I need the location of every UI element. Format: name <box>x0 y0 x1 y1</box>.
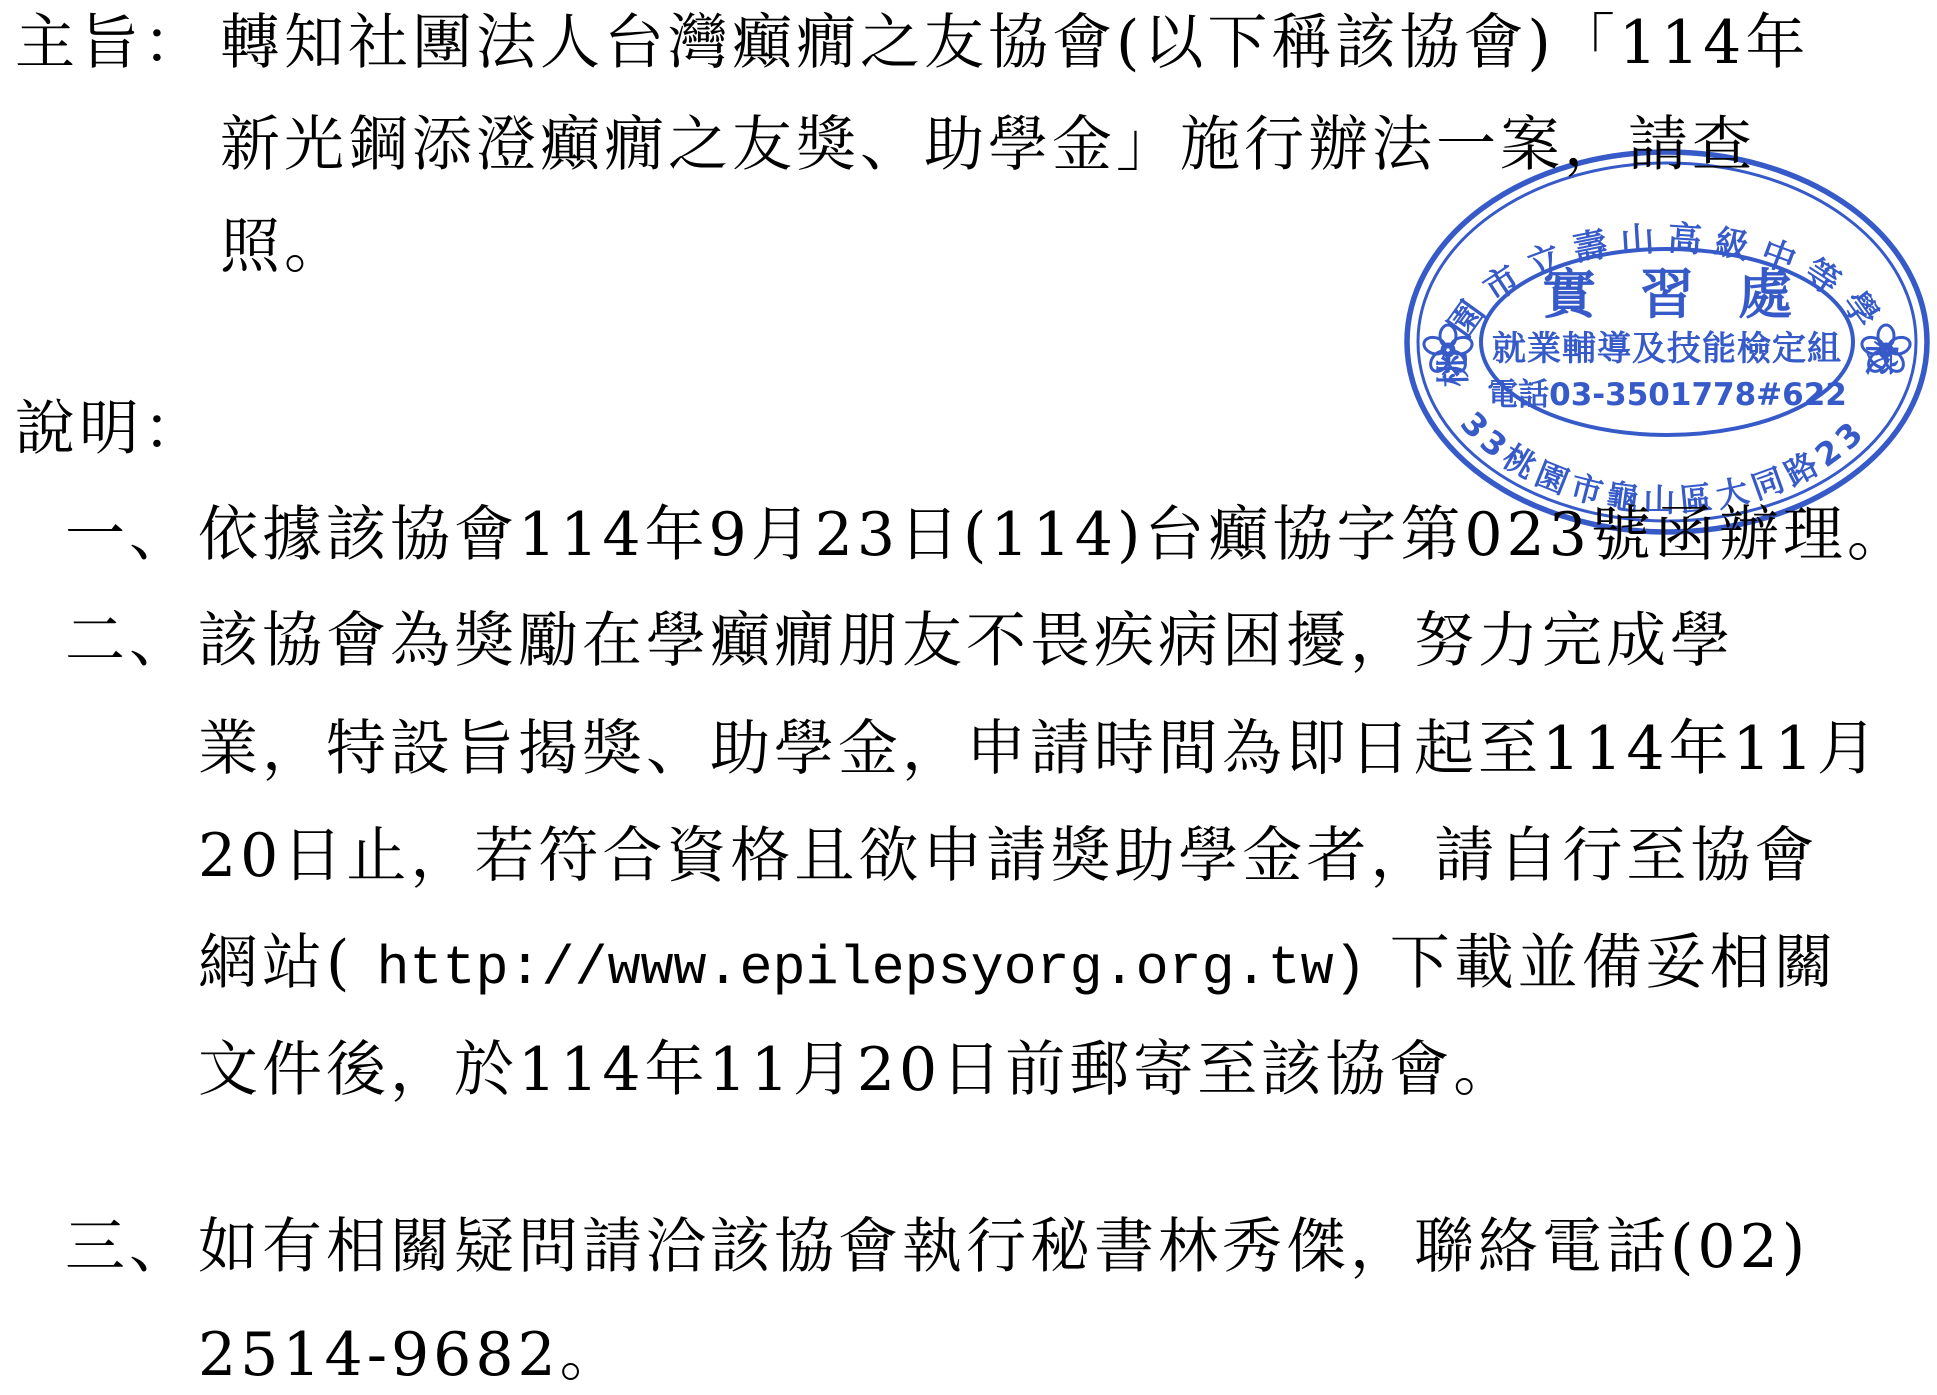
item-line: 文件後，於114年11月20日前郵寄至該協會。 <box>198 1037 1517 1104</box>
url-prefix: 網站( <box>198 928 376 998</box>
item-line-url: 網站( http://www.epilepsyorg.org.tw) 下載並備妥… <box>198 930 1838 1000</box>
item-line: 該協會為獎勵在學癲癇朋友不畏疾病困擾，努力完成學 <box>198 608 1734 675</box>
item-line: 2514-9682。 <box>198 1322 624 1389</box>
subject-line: 照。 <box>220 214 348 281</box>
explanation-label: 說明： <box>15 396 207 463</box>
item-number: 三、 <box>65 1214 193 1281</box>
stamp-division: 就業輔導及技能檢定組 <box>1492 329 1842 369</box>
subject-label: 主旨： <box>15 10 207 77</box>
office-stamp: 桃園市立壽山高級中等學校 333桃園市龜山區大同路23號 實習處 就業輔導及技能… <box>1400 146 1934 538</box>
association-url: http://www.epilepsyorg.org.tw) <box>376 937 1366 1000</box>
item-number: 二、 <box>65 608 193 675</box>
item-line: 20日止，若符合資格且欲申請獎助學金者，請自行至協會 <box>198 823 1818 890</box>
item-number: 一、 <box>65 502 193 569</box>
stamp-phone: 電話03-3501778#622 <box>1487 377 1847 413</box>
url-suffix: 下載並備妥相關 <box>1367 928 1838 998</box>
subject-line: 轉知社團法人台灣癲癇之友協會(以下稱該協會)「114年 <box>220 10 1809 77</box>
item-line: 業，特設旨揭獎、助學金，申請時間為即日起至114年11月 <box>198 716 1881 783</box>
stamp-office-title: 實習處 <box>1542 263 1836 326</box>
item-line: 如有相關疑問請洽該協會執行秘書林秀傑，聯絡電話(02) <box>198 1214 1809 1281</box>
